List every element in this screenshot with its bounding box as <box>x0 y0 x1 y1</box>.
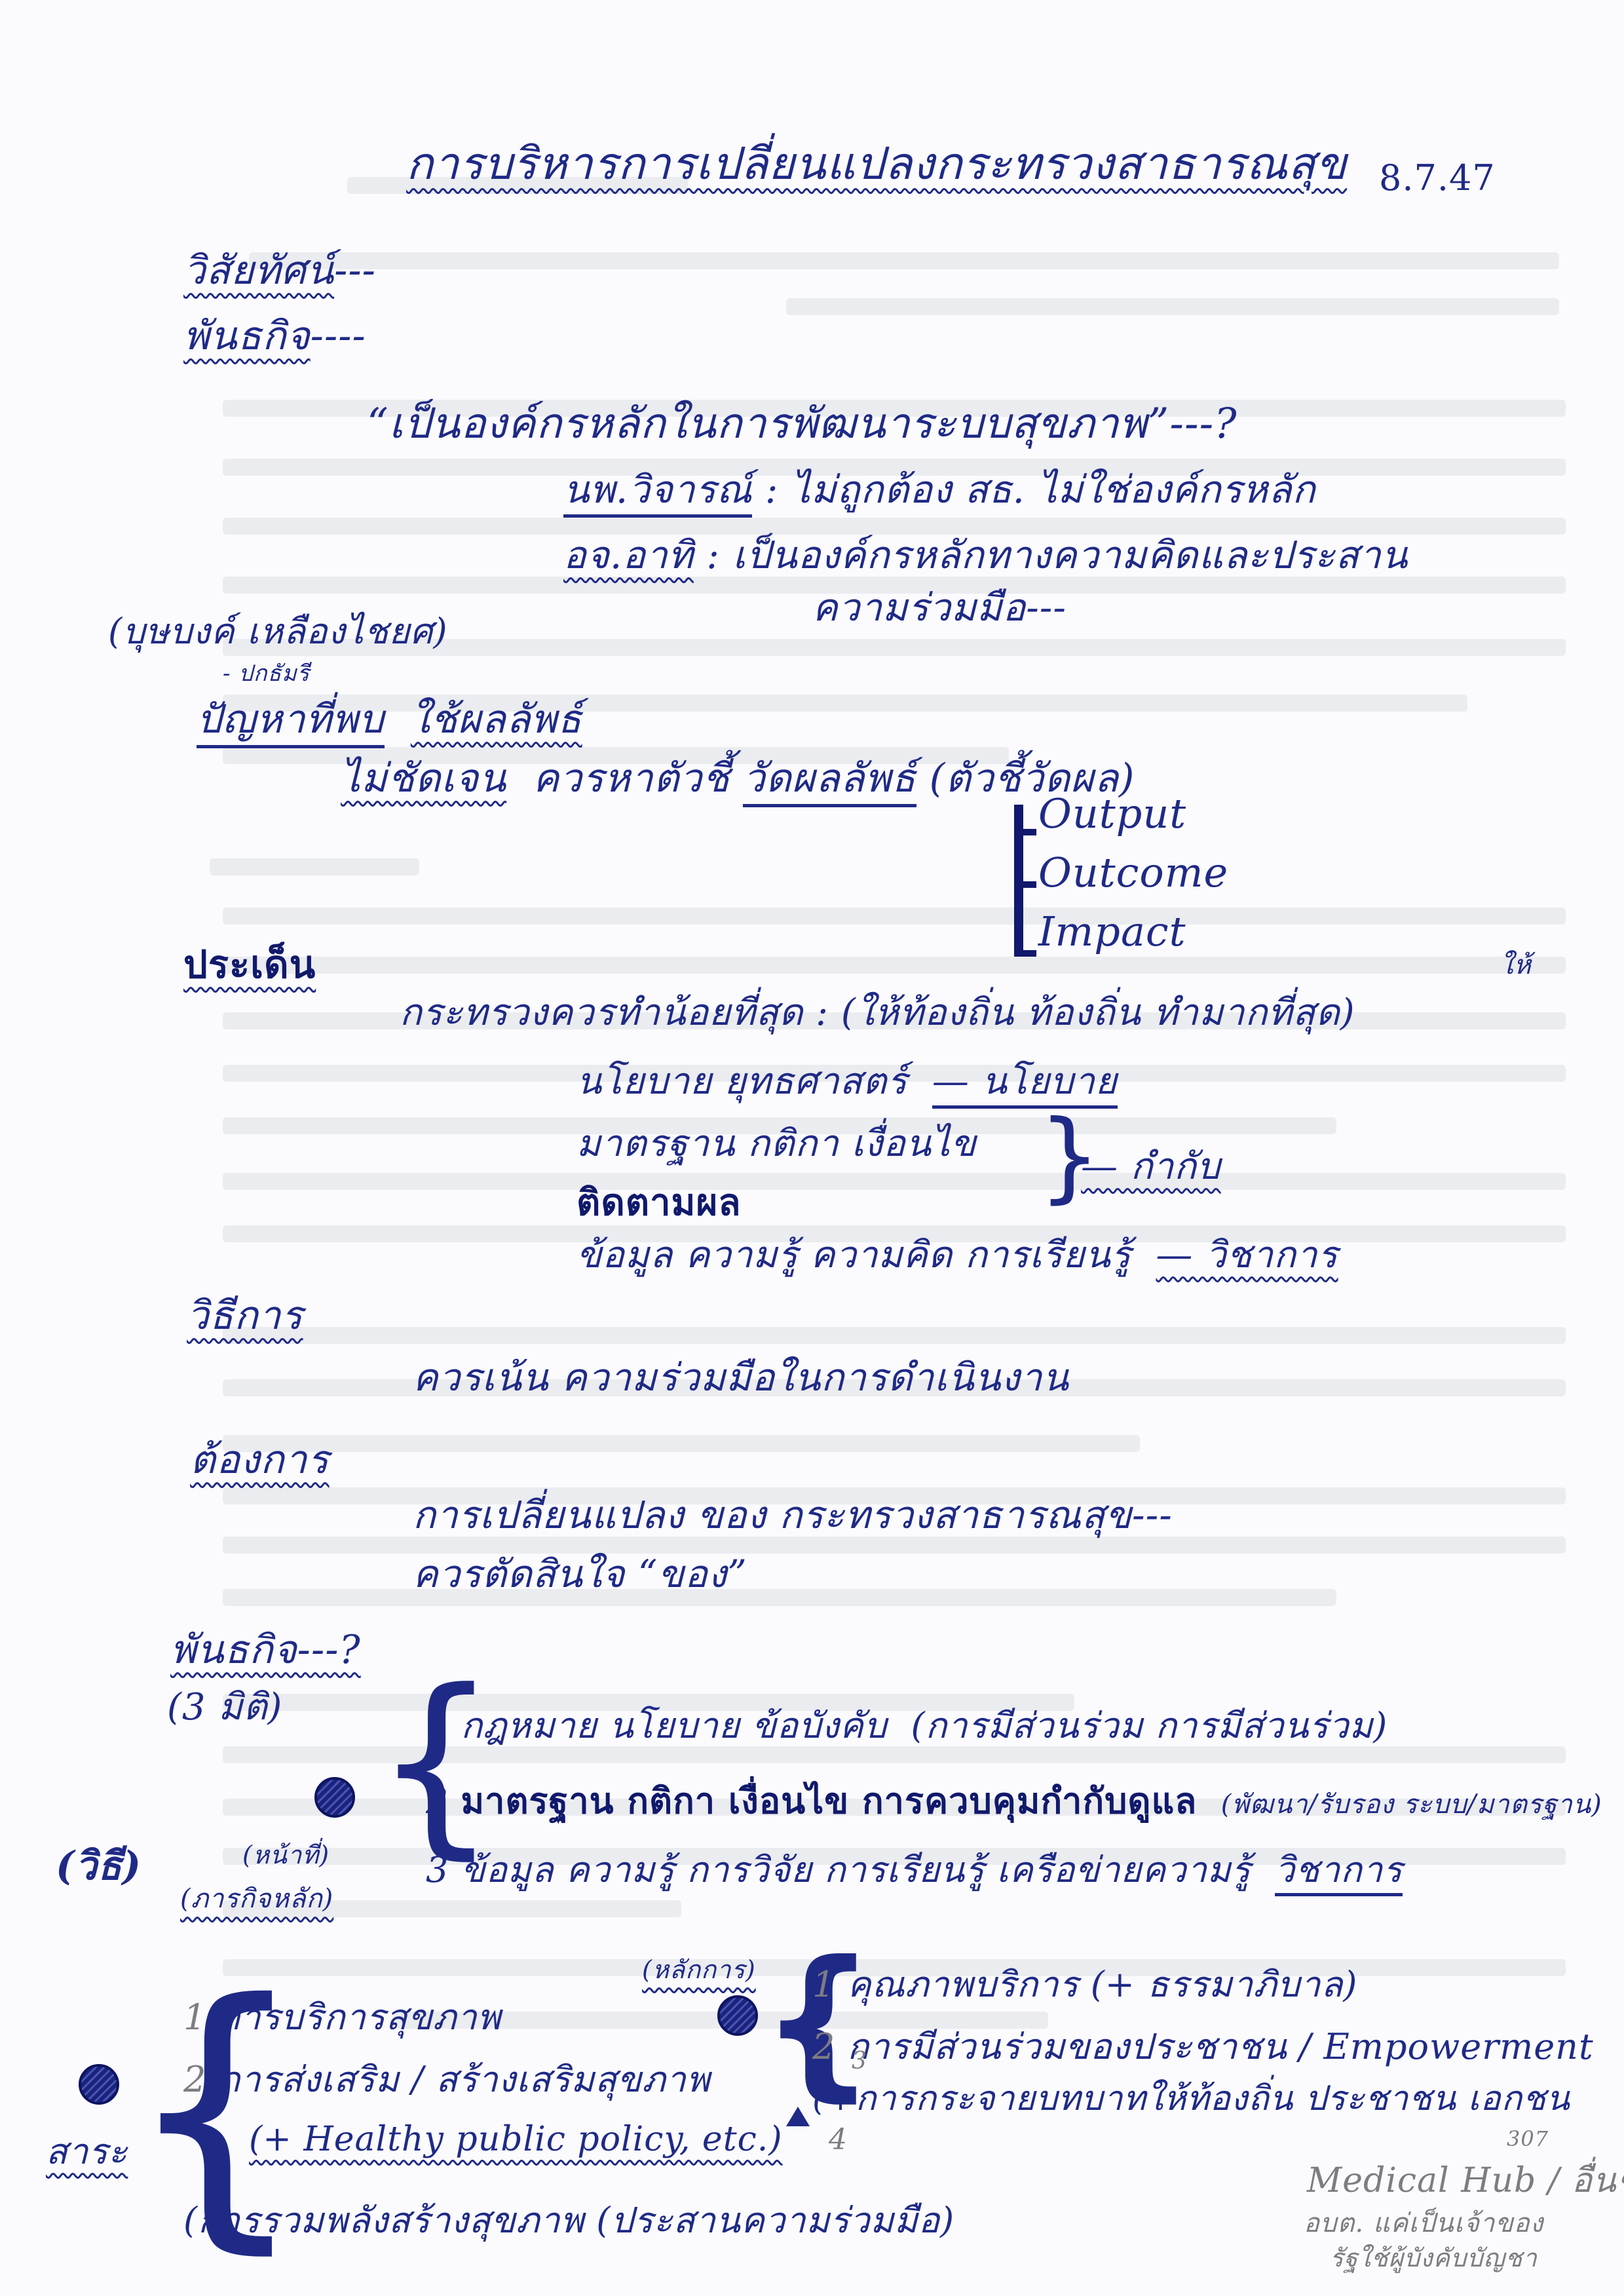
oui-outcome: Outcome <box>1038 849 1228 896</box>
problem-label: ปัญหาที่พบ <box>197 697 385 748</box>
problem-line-1: ปัญหาที่พบ ใช้ผลลัพธ์ <box>197 688 582 750</box>
mission2-role-label-2: (ภารกิจหลัก) <box>180 1877 333 1919</box>
mission2-item-1-text: กฎหมาย นโยบาย ข้อบังคับ <box>461 1705 888 1746</box>
purpose-paren: (ให้ท้องถิ่น ท้องถิ่น ทำมากที่สุด) <box>841 991 1355 1034</box>
mission-heading: พันธกิจ---- <box>183 305 366 367</box>
mission2-role-label: (หน้าที่) <box>242 1835 330 1875</box>
bullet-mark-icon <box>314 1777 355 1818</box>
mission-suffix: ---- <box>311 313 366 359</box>
purpose-label: ประเด็น <box>183 934 316 995</box>
mission2-item-2: 2 มาตรฐาน กติกา เงื่อนไข การควบคุมกำกับด… <box>426 1772 1602 1829</box>
oui-output: Output <box>1038 790 1186 837</box>
mission2-brace: { <box>373 1664 499 1861</box>
speaker-1: นพ.วิจารณ์ : ไม่ถูกต้อง สธ. ไม่ใช่องค์กร… <box>563 459 1316 520</box>
quote-suffix: ---? <box>1169 400 1237 448</box>
scanned-page: การบริหารการเปลี่ยนแปลงกระทรวงสาธารณสุข … <box>0 0 1624 2296</box>
content-left-item-1-num: 1 <box>183 1997 206 2038</box>
target-label: ต้องการ <box>190 1428 330 1491</box>
footnote-page-ref: 307 <box>1507 2126 1549 2151</box>
mission2-item-2-num: 2 <box>426 1780 449 1822</box>
content-label: สาระ <box>46 2123 128 2179</box>
content-right-item-2-num: 2 <box>812 2026 835 2067</box>
purpose-item-4-text: ข้อมูล ความรู้ ความคิด การเรียนรู้ <box>576 1234 1131 1276</box>
content-right-item-1-num: 1 <box>812 1964 835 2005</box>
oui-impact: Impact <box>1038 908 1186 955</box>
mission-quote: “เป็นองค์กรหลักในการพัฒนาระบบสุขภาพ”---? <box>367 390 1237 457</box>
purpose-item-4-result: — วิชาการ <box>1156 1234 1338 1276</box>
footnote-line-1: Medical Hub / อื่นๆ <box>1307 2152 1624 2207</box>
mission2-side-label: (วิธี) <box>56 1835 142 1897</box>
content-right-label: (หลักการ) <box>642 1949 756 1989</box>
purpose-item-2-text: มาตรฐาน กติกา เงื่อนไข <box>576 1122 977 1165</box>
mission-label: พันธกิจ <box>183 313 311 359</box>
problem-unclear: ไม่ชัดเจน <box>341 756 506 801</box>
purpose-item-2-result: — กำกับ <box>1081 1137 1221 1195</box>
purpose-item-2: มาตรฐาน กติกา เงื่อนไข <box>576 1114 977 1172</box>
date: 8.7.47 <box>1379 157 1496 199</box>
method-text: ควรเน้น ความร่วมมือในการดำเนินงาน <box>413 1347 1069 1407</box>
oui-bracket <box>1014 805 1023 955</box>
content-right-item-3: (+การกระจายบทบาทให้ท้องถิ่น ประชาชน เอกช… <box>812 2071 1570 2125</box>
purpose-sup: ให้ <box>1500 944 1532 985</box>
mission2-item-3: 3 ข้อมูล ความรู้ การวิจัย การเรียนรู้ เค… <box>426 1841 1403 1898</box>
speaker-2-remark-cont: ความร่วมมือ--- <box>812 577 1067 638</box>
problem-measure: วัดผลลัพธ์ <box>743 756 916 807</box>
problem-line-2: ไม่ชัดเจน ควรหาตัวชี้ วัดผลลัพธ์ (ตัวชี้… <box>341 747 1135 809</box>
content-left-item-1: 1 การบริการสุขภาพ <box>183 1989 501 2045</box>
content-right-item-2: 2 การมีส่วนร่วมของประชาชน / Empowerment <box>812 2018 1594 2075</box>
oui-tick-2 <box>1014 881 1036 888</box>
content-left-item-2: 2 การส่งเสริม / สร้างเสริมสุขภาพ <box>183 2051 710 2107</box>
mission2-dimensions: (3 มิติ) <box>167 1677 282 1736</box>
purpose-item-1-text: นโยบาย ยุทธศาสตร์ <box>576 1060 907 1103</box>
mission2-item-1-extra: (การมีส่วนร่วม การมีส่วนร่วม) <box>911 1705 1388 1746</box>
vision-suffix: --- <box>334 248 376 294</box>
oui-tick-3 <box>1014 950 1036 957</box>
speaker-1-name: นพ.วิจารณ์ <box>563 467 752 518</box>
purpose-line-1: กระทรวงควรทำน้อยที่สุด : (ให้ท้องถิ่น ท้… <box>400 983 1355 1041</box>
content-right-item-2-text: การมีส่วนร่วมของประชาชน / Empowerment <box>848 2026 1594 2067</box>
mission2-item-3-text: ข้อมูล ความรู้ การวิจัย การเรียนรู้ เครื… <box>461 1849 1251 1890</box>
speaker-1-remark: ไม่ถูกต้อง สธ. ไม่ใช่องค์กรหลัก <box>791 467 1316 512</box>
page-title: การบริหารการเปลี่ยนแปลงกระทรวงสาธารณสุข <box>406 128 1347 199</box>
content-left-item-3: (+ Healthy public policy, etc.) <box>249 2120 783 2159</box>
mission2-label: พันธกิจ---? <box>170 1618 361 1681</box>
purpose-item-1: นโยบาย ยุทธศาสตร์ — นโยบาย <box>576 1052 1118 1110</box>
vision-label: วิสัยทัศน์ <box>183 248 334 294</box>
purpose-item-3: ติดตามผล <box>576 1173 742 1231</box>
speaker-2-remark: เป็นองค์กรหลักทางความคิดและประสาน <box>732 533 1408 577</box>
purpose-statement: กระทรวงควรทำน้อยที่สุด : <box>400 991 829 1034</box>
footnote-line-3: รัฐใช้ผู้บังคับบัญชา <box>1330 2238 1538 2278</box>
vision-heading: วิสัยทัศน์--- <box>183 239 376 301</box>
mission2-item-2-extra: (พัฒนา/รับรอง ระบบ/มาตรฐาน) <box>1221 1789 1602 1820</box>
content-left-item-2-text: การส่งเสริม / สร้างเสริมสุขภาพ <box>219 2059 711 2100</box>
content-left-item-2-num: 2 <box>183 2059 206 2100</box>
content-right-item-1-text: คุณภาพบริการ (+ ธรรมาภิบาล) <box>848 1964 1358 2005</box>
mission2-item-3-extra: วิชาการ <box>1275 1849 1403 1896</box>
problem-should: ควรหาตัวชี้ <box>533 756 730 801</box>
purpose-item-4: ข้อมูล ความรู้ ความคิด การเรียนรู้ — วิช… <box>576 1225 1338 1284</box>
bullet-mark-icon <box>717 1995 758 2036</box>
side-note-2: - ปกธัมรี <box>223 655 310 691</box>
side-note: (บุษบงค์ เหลืองไชยศ) <box>108 603 448 659</box>
target-line-2: ควรตัดสินใจ “ของ” <box>413 1543 747 1604</box>
mission2-item-3-num: 3 <box>426 1849 449 1890</box>
mission2-item-2-text: มาตรฐาน กติกา เงื่อนไข การควบคุมกำกับดูแ… <box>461 1780 1198 1822</box>
content-right-item-1: 1 คุณภาพบริการ (+ ธรรมาภิบาล) <box>812 1956 1357 2012</box>
content-right-item-4-num: 4 <box>829 2123 848 2156</box>
oui-tick-1 <box>1014 829 1036 835</box>
content-left-item-1-text: การบริการสุขภาพ <box>219 1997 502 2038</box>
target-line-1: การเปลี่ยนแปลง ของ กระทรวงสาธารณสุข--- <box>413 1484 1173 1545</box>
content-left-item-4: (การรวมพลังสร้างสุขภาพ (ประสานความร่วมมื… <box>183 2192 954 2248</box>
speaker-2-name: อจ.อาทิ <box>563 533 694 577</box>
method-label: วิธีการ <box>187 1284 303 1347</box>
mission2-item-1: 1 กฎหมาย นโยบาย ข้อบังคับ (การมีส่วนร่วม… <box>426 1697 1388 1753</box>
problem-value: ใช้ผลลัพธ์ <box>411 697 582 742</box>
quote-text: “เป็นองค์กรหลักในการพัฒนาระบบสุขภาพ” <box>367 400 1169 448</box>
bullet-mark-icon <box>79 2064 119 2105</box>
mission2-item-1-num: 1 <box>426 1705 449 1746</box>
